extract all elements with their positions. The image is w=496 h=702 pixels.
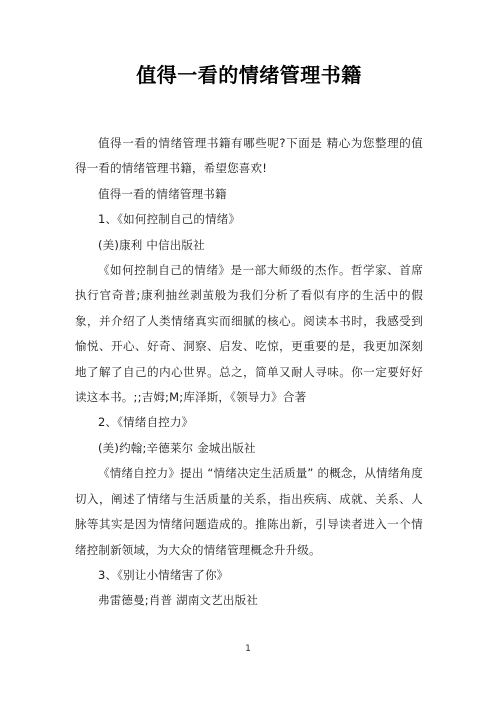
paragraph: 《如何控制自己的情绪》是一部大师级的杰作。哲学家、首席执行官奇普;康利抽丝剥茧般… <box>75 258 423 410</box>
paragraph: 值得一看的情绪管理书籍 <box>75 182 423 207</box>
paragraph: (美)康利 中信出版社 <box>75 233 423 258</box>
document-title: 值得一看的情绪管理书籍 <box>75 62 423 89</box>
paragraph: 值得一看的情绪管理书籍有哪些呢?下面是 精心为您整理的值得一看的情绪管理书籍，希… <box>75 131 423 182</box>
document-page: 值得一看的情绪管理书籍 值得一看的情绪管理书籍有哪些呢?下面是 精心为您整理的值… <box>0 0 496 702</box>
paragraph: 1、《如何控制自己的情绪》 <box>75 207 423 232</box>
paragraph: (美)约翰;辛德莱尔 金城出版社 <box>75 436 423 461</box>
page-number: 1 <box>0 644 496 654</box>
document-body: 值得一看的情绪管理书籍有哪些呢?下面是 精心为您整理的值得一看的情绪管理书籍，希… <box>75 131 423 614</box>
paragraph: 2、《情绪自控力》 <box>75 410 423 435</box>
paragraph: 弗雷德曼;肖普 湖南文艺出版社 <box>75 588 423 613</box>
paragraph: 3、《别让小情绪害了你》 <box>75 563 423 588</box>
paragraph: 《情绪自控力》提出 “情绪决定生活质量” 的概念，从情绪角度切入，阐述了情绪与生… <box>75 461 423 563</box>
